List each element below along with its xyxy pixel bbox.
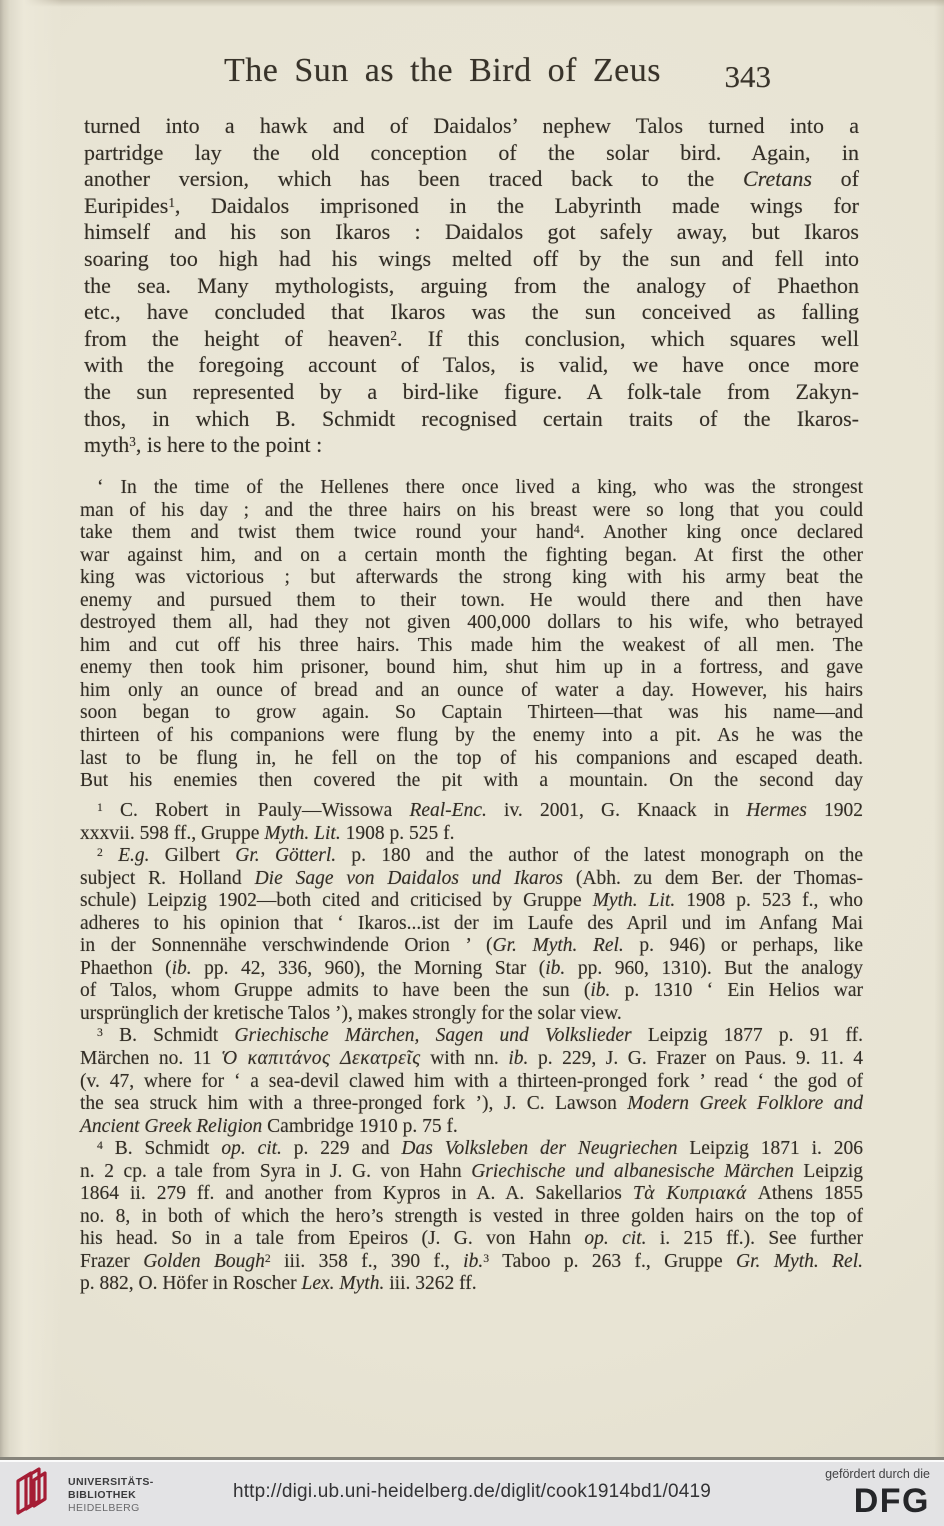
footnote-reference: 4 bbox=[574, 523, 580, 536]
text-line: himself and his son Ikaros : Daidalos go… bbox=[84, 219, 859, 246]
text-line: ‘ In the time of the Hellenes there once… bbox=[80, 477, 863, 500]
text-line: 1864 ii. 279 ff. and another from Kypros… bbox=[80, 1183, 863, 1206]
footnote-reference: 4 bbox=[97, 1139, 103, 1152]
text-line: him and cut off his three hairs. This ma… bbox=[80, 635, 863, 658]
text-line: the sea. Many mythologists, arguing from… bbox=[84, 273, 859, 300]
text-line: myth3, is here to the point : bbox=[84, 432, 859, 459]
text-line: in der Sonnennähe verschwindende Orion ’… bbox=[80, 935, 863, 958]
document-url: http://digi.ub.uni-heidelberg.de/diglit/… bbox=[0, 1481, 944, 1503]
text-line: adheres to his opinion that ‘ Ikaros...i… bbox=[80, 913, 863, 936]
library-name-line3: HEIDELBERG bbox=[68, 1502, 154, 1515]
footnote-4: 4 B. Schmidt op. cit. p. 229 and Das Vol… bbox=[80, 1138, 863, 1296]
text-line: subject R. Holland Die Sage von Daidalos… bbox=[80, 868, 863, 891]
text-line: Euripides1, Daidalos imprisoned in the L… bbox=[84, 193, 859, 220]
text-line: (v. 47, where for ‘ a sea-devil clawed h… bbox=[80, 1071, 863, 1094]
text-line: Ancient Greek Religion Cambridge 1910 p.… bbox=[80, 1116, 863, 1139]
footnote-reference: 1 bbox=[168, 195, 175, 210]
text-line: last to be flung in, he fell on the top … bbox=[80, 748, 863, 771]
text-line: destroyed them all, had they not given 4… bbox=[80, 612, 863, 635]
text-line: the sun represented by a bird-like figur… bbox=[84, 379, 859, 406]
text-line: Phaethon (ib. pp. 42, 336, 960), the Mor… bbox=[80, 958, 863, 981]
text-line: man of his day ; and the three hairs on … bbox=[80, 500, 863, 523]
text-line: n. 2 cp. a tale from Syra in J. G. von H… bbox=[80, 1161, 863, 1184]
text-line: no. 8, in both of which the hero’s stren… bbox=[80, 1206, 863, 1229]
text-line: another version, which has been traced b… bbox=[84, 166, 859, 193]
footnote-1: 1 C. Robert in Pauly—Wissowa Real-Enc. i… bbox=[80, 800, 863, 845]
text-line: xxxvii. 598 ff., Gruppe Myth. Lit. 1908 … bbox=[80, 823, 863, 846]
page-number: 343 bbox=[725, 59, 772, 95]
text-line: from the height of heaven2. If this conc… bbox=[84, 326, 859, 353]
block-quote: ‘ In the time of the Hellenes there once… bbox=[80, 477, 863, 793]
text-line: soon began to grow again. So Captain Thi… bbox=[80, 702, 863, 725]
text-line: take them and twist them twice round you… bbox=[80, 522, 863, 545]
text-line: Frazer Golden Bough2 iii. 358 f., 390 f.… bbox=[80, 1251, 863, 1274]
scanned-book-page: The Sun as the Bird of Zeus 343 turned i… bbox=[0, 0, 944, 1526]
page-scan-paper: The Sun as the Bird of Zeus 343 turned i… bbox=[0, 0, 944, 1457]
text-line: soaring too high had his wings melted of… bbox=[84, 246, 859, 273]
text-line: etc., have concluded that Ikaros was the… bbox=[84, 299, 859, 326]
text-line: with the foregoing account of Talos, is … bbox=[84, 352, 859, 379]
footnote-reference: 3 bbox=[97, 1026, 103, 1039]
text-line: 3 B. Schmidt Griechische Märchen, Sagen … bbox=[80, 1025, 863, 1048]
text-line: schule) Leipzig 1902—both cited and crit… bbox=[80, 890, 863, 913]
footnotes: 1 C. Robert in Pauly—Wissowa Real-Enc. i… bbox=[80, 800, 863, 1296]
dfg-credit-text: gefördert durch die bbox=[825, 1467, 930, 1481]
text-line: 1 C. Robert in Pauly—Wissowa Real-Enc. i… bbox=[80, 800, 863, 823]
footnote-reference: 2 bbox=[265, 1252, 271, 1265]
text-line: his head. So in a tale from Epeiros (J. … bbox=[80, 1228, 863, 1251]
text-line: Märchen no. 11 Ὁ καπιτάνος Δεκατρεῖς wit… bbox=[80, 1048, 863, 1071]
text-line: But his enemies then covered the pit wit… bbox=[80, 770, 863, 793]
text-line: of Talos, whom Gruppe admits to have bee… bbox=[80, 980, 863, 1003]
text-line: enemy and pursued them to their town. He… bbox=[80, 590, 863, 613]
text-line: thirteen of his companions were flung by… bbox=[80, 725, 863, 748]
digitization-footer-bar: UNIVERSITÄTS- BIBLIOTHEK HEIDELBERG http… bbox=[0, 1457, 944, 1526]
text-line: 2 E.g. Gilbert Gr. Götterl. p. 180 and t… bbox=[80, 845, 863, 868]
text-line: ursprünglich der kretische Talos ’), mak… bbox=[80, 1003, 863, 1026]
footnote-2: 2 E.g. Gilbert Gr. Götterl. p. 180 and t… bbox=[80, 845, 863, 1025]
footnote-reference: 2 bbox=[97, 846, 103, 859]
body-paragraph: turned into a hawk and of Daidalos’ neph… bbox=[84, 113, 859, 459]
text-line: king was victorious ; but afterwards the… bbox=[80, 567, 863, 590]
text-line: him only an ounce of bread and an ounce … bbox=[80, 680, 863, 703]
text-line: partridge lay the old conception of the … bbox=[84, 140, 859, 167]
footnote-reference: 2 bbox=[390, 328, 397, 343]
text-line: turned into a hawk and of Daidalos’ neph… bbox=[84, 113, 859, 140]
text-line: enemy then took him prisoner, bound him,… bbox=[80, 657, 863, 680]
footnote-reference: 3 bbox=[483, 1252, 489, 1265]
footnote-reference: 1 bbox=[97, 801, 103, 814]
footnote-reference: 3 bbox=[129, 434, 136, 449]
text-line: p. 882, O. Höfer in Roscher Lex. Myth. i… bbox=[80, 1273, 863, 1296]
text-line: 4 B. Schmidt op. cit. p. 229 and Das Vol… bbox=[80, 1138, 863, 1161]
dfg-credit: gefördert durch die DFG bbox=[825, 1467, 930, 1518]
footnote-3: 3 B. Schmidt Griechische Märchen, Sagen … bbox=[80, 1025, 863, 1138]
text-line: war against him, and on a certain month … bbox=[80, 545, 863, 568]
page-header: The Sun as the Bird of Zeus 343 bbox=[84, 52, 859, 104]
text-line: the sea struck him with a three-pronged … bbox=[80, 1093, 863, 1116]
text-line: thos, in which B. Schmidt recognised cer… bbox=[84, 406, 859, 433]
dfg-logo: DFG bbox=[825, 1484, 930, 1518]
